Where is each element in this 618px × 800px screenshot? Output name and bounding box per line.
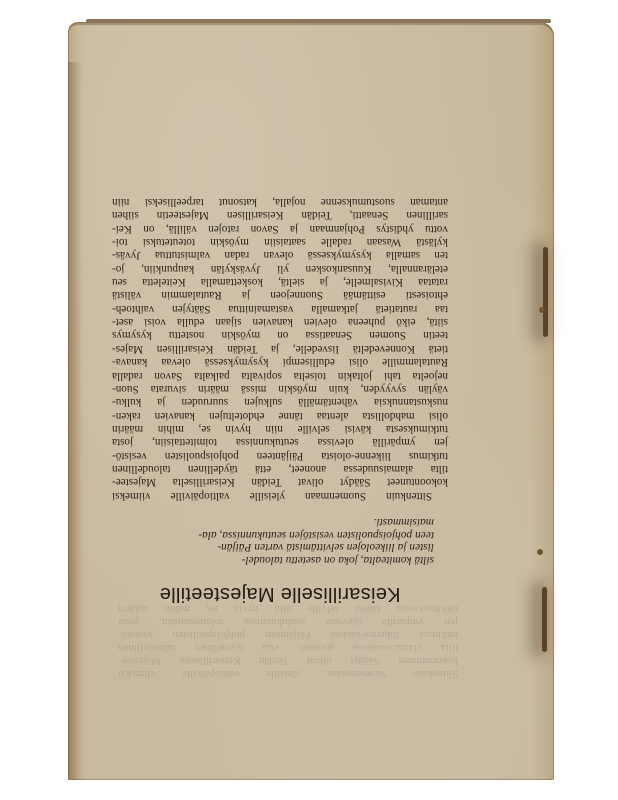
body-line: siitä, eikö puheena olevien kanavien sij… bbox=[112, 315, 448, 328]
body-line: olisi mahdollista alentaa tänne ehdotelt… bbox=[112, 408, 448, 421]
body-line: tutkimuksesta kävisi selville niin hyvin… bbox=[112, 422, 448, 435]
body-line: Rautalammille olisi edullisempi kysymyks… bbox=[112, 355, 448, 368]
ghost-line: Sittenkuin Suomenmaan yleisille valtiopä… bbox=[118, 667, 458, 680]
body-line: vottu yhdistys Pohjanmaan ja Savon ratoj… bbox=[112, 221, 448, 234]
body-line: sarillinen Senaatti, Teidän Keisarillise… bbox=[112, 208, 448, 221]
page-top-edge bbox=[86, 19, 551, 23]
body-line: teetin Suomen Senaatissa on myöskin nost… bbox=[112, 328, 448, 341]
body-paragraph: Sittenkuin Suomenmaan yleisille valtiopä… bbox=[112, 195, 448, 502]
subtitle-line: teen pohjoispuolisten vesistöjen seutuku… bbox=[112, 528, 448, 541]
body-line: tietä Konnevedeltä Iisvedelle, ja Teidän… bbox=[112, 342, 448, 355]
body-line: ratataa Kivisalmelle, ja sieltä, koskett… bbox=[112, 275, 448, 288]
subtitle-line: maisimmasti. bbox=[112, 516, 448, 529]
body-line: väylän syvyyden, kuin myöskin missä määr… bbox=[112, 382, 448, 395]
ghost-line: kokoontuneet Säädyt olivat Teidän Keisar… bbox=[118, 654, 458, 667]
body-line: jen ympärillä olevissa seutukunnissa toi… bbox=[112, 435, 448, 448]
body-line: etelärannalla, Kuusankosken yli Jyväskyl… bbox=[112, 261, 448, 274]
subtitle-line: listen ja liikeolojen selvittämistä vart… bbox=[112, 541, 448, 554]
rust-stain-upper bbox=[543, 247, 548, 337]
body-line: ten samalla kysymyksessä olevan radan va… bbox=[112, 248, 448, 261]
body-line: kylästä Wasaan radalle saataisiin myöski… bbox=[112, 235, 448, 248]
body-line: nejoelta tahi joltakin toiselta sopivalt… bbox=[112, 368, 448, 381]
body-line: ehtoisesti esittämää Suonnejoen ja Rauta… bbox=[112, 288, 448, 301]
ghost-line: tutkimuksesta kävisi selville niin hyvin… bbox=[118, 602, 458, 615]
body-line: taa rautatietä jatkamalla vastamainittua… bbox=[112, 301, 448, 314]
page-left-edge-shading bbox=[68, 62, 82, 780]
show-through-text: Sittenkuin Suomenmaan yleisille valtiopä… bbox=[118, 600, 458, 680]
rotated-text-block: Keisarilliselle Majesteetille siltä komi… bbox=[112, 145, 448, 605]
body-line: Sittenkuin Suomenmaan yleisille valtiopä… bbox=[112, 488, 448, 501]
ghost-line: tutkimus liikenne-oloista Päijänteen poh… bbox=[118, 628, 458, 641]
body-line: tilta alamaisuudessa anoneet, että täyde… bbox=[112, 462, 448, 475]
ghost-line: jen ympärillä olevissa seutukunnissa toi… bbox=[118, 615, 458, 628]
subtitle-line: siltä komitealta, joka on asetettu talou… bbox=[112, 553, 448, 566]
stain-spot-lower bbox=[537, 549, 543, 555]
stain-spot-upper bbox=[539, 307, 545, 313]
body-line: nuskustannuksia vähentämällä sulkujen su… bbox=[112, 395, 448, 408]
body-line: tutkimus liikenne-oloista Päijänteen poh… bbox=[112, 448, 448, 461]
document-subtitle: siltä komitealta, joka on asetettu talou… bbox=[112, 516, 448, 566]
ghost-line: tilta alamaisuudessa anoneet, että täyde… bbox=[118, 641, 458, 654]
body-line: kokoontuneet Säädyt olivat Teidän Keisar… bbox=[112, 475, 448, 488]
rust-stain-lower bbox=[542, 587, 547, 652]
body-line: antaman suostumuksenne nojalla, katsonut… bbox=[112, 195, 448, 208]
